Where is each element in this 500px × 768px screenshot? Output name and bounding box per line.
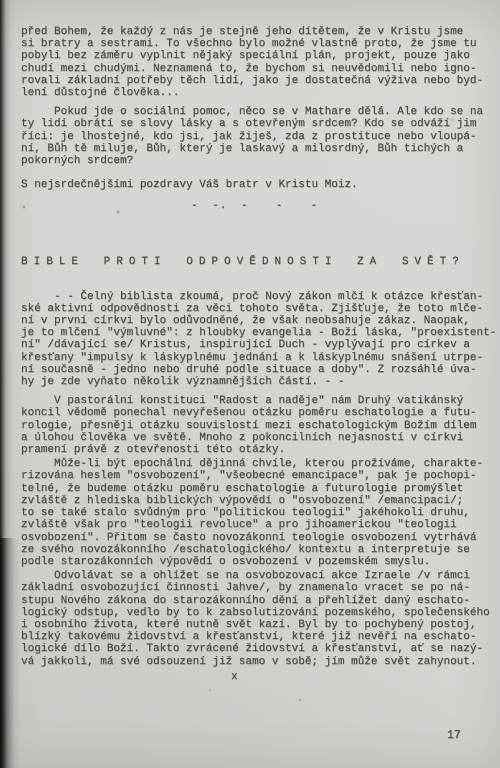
letter-paragraph-1: před Bohem, že každý z nás je stejně jeh…	[21, 26, 496, 99]
section-separator-dashes: - -. - - -	[191, 200, 496, 212]
article-paragraph-1: - - Čelný biblista zkoumá, proč Nový zák…	[21, 291, 496, 389]
article-title: BIBLE PROTI ODPOVĚDNOSTI ZA SVĚT?	[21, 256, 496, 269]
article-paragraph-2: V pastorální konstituci "Radost a naděje…	[21, 395, 496, 456]
letter-paragraph-2: Pokud jde o sociální pomoc, něco se v Ma…	[21, 106, 496, 167]
letter-signoff: S nejsrdečnějšími pozdravy Váš bratr v K…	[21, 179, 496, 191]
article-paragraph-3: Může-li být epochální dějinná chvíle, kt…	[21, 458, 496, 568]
section-end-marker: x	[231, 671, 496, 683]
scan-edge-shadow-bottom	[0, 538, 20, 768]
page-content: před Bohem, že každý z nás je stejně jeh…	[0, 0, 500, 768]
article-paragraph-4: Odvolávat se a ohlížet se na osvobozovac…	[21, 570, 496, 668]
scanned-document-page: před Bohem, že každý z nás je stejně jeh…	[0, 0, 500, 768]
